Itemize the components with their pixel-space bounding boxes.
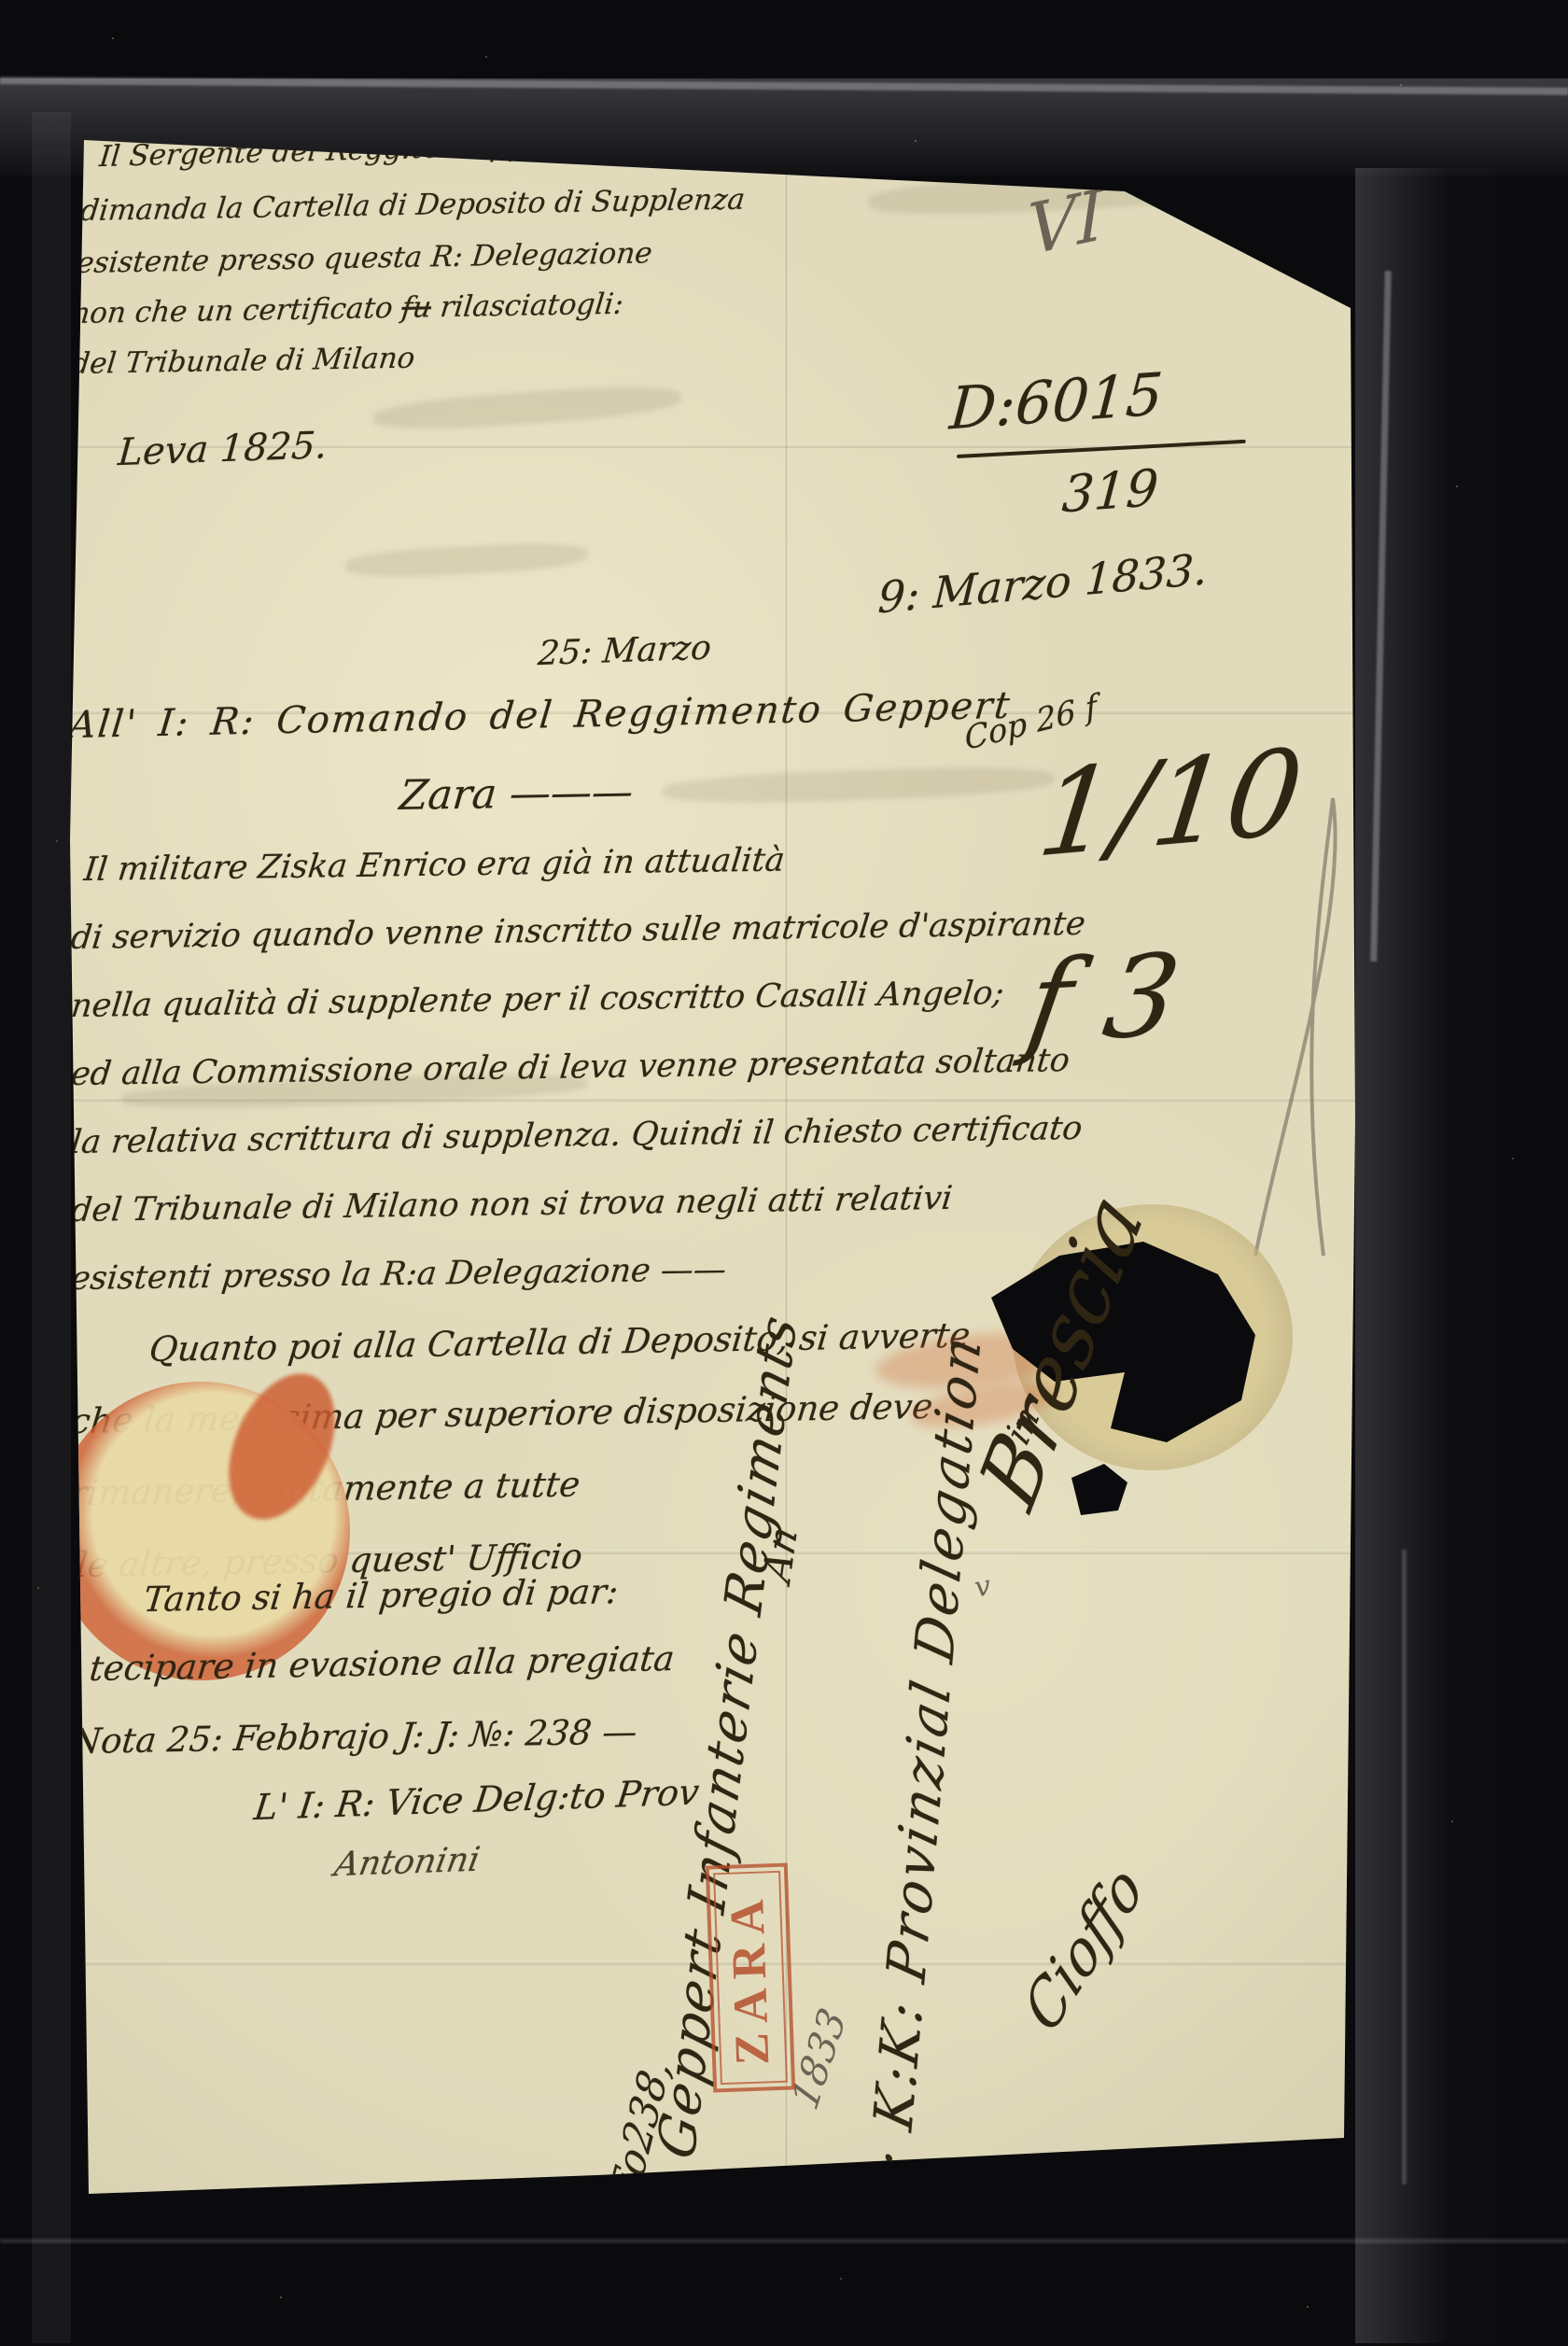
leva-note: Leva 1825. [117,427,329,471]
docket-line: non che un certificato fu rilasciatogli: [70,290,625,329]
body-line: Quanto poi alla Cartella di Deposito, si… [147,1318,972,1367]
verso-year-pencil: 1833 [786,2002,852,2114]
body-line: Il militare Ziska Enrico era già in attu… [82,845,786,888]
address-line: All' I: R: Comando del Reggimento Gepper… [67,687,1013,744]
docket-line: esistente presso questa R: Delegazione [76,239,654,278]
sleeve-edge-bottom [0,2239,1568,2243]
zara-postmark: ZARA [706,1863,795,2093]
body-line: Tanto si ha il pregio di par: [142,1574,620,1617]
ink-showthrough [344,540,588,581]
body-line: Nota 25: Febbrajo J: J: №: 238 — [69,1714,638,1759]
plastic-sleeve-left [32,112,71,2343]
body-line: del Tribunale di Milano non si trova neg… [69,1183,954,1228]
docket-line: del Tribunale di Milano [70,344,416,379]
registry-denominator: 319 [1060,463,1160,521]
registry-date: 9: Marzo 1833. [877,547,1209,619]
body-line: tecipare in evasione alla pregiata [88,1641,676,1686]
signature-name: Antonini [332,1844,483,1883]
zara-postmark-text: ZARA [720,1889,781,2066]
pencil-folio-mark: VI [1027,180,1104,266]
registry-fraction-line [957,440,1246,458]
docket-line4-post: rilasciatogli: [429,288,625,325]
plastic-sleeve-right [1355,168,1495,2343]
body-line: di servizio quando venne inscritto sulle… [69,908,1086,955]
signature-title: L' I: R: Vice Delg:to Prov [252,1774,701,1825]
docket-line: dimanda la Cartella di Deposito di Suppl… [79,186,747,226]
registry-number: D:6015 [948,365,1165,438]
pencil-stroke-mark [1232,770,1372,1274]
struck-word: fu [400,290,433,325]
body-line: ed alla Commissione orale di leva venne … [69,1045,1071,1091]
ink-showthrough [372,382,682,435]
body-line: esistenti presso la R:a Delegazione —— [69,1254,728,1296]
address-place: Zara ——— [398,772,635,817]
body-line: la relativa scrittura di supplenza. Quin… [69,1113,1084,1159]
verso-scribble: Cioffo [1015,1855,1152,2043]
body-line: nella qualità di supplente per il coscri… [69,977,1005,1023]
letter-date: 25: Marzo [537,632,713,672]
docket-line4-pre: non che un certificato [70,291,404,330]
registry-prefix: D: [947,370,1018,443]
registry-number-value: 6015 [1014,359,1166,439]
dust-specks [0,0,2,2]
photo-of-letter: Il Sergente del Regg:to Geppert Zitka di… [0,0,1568,2346]
tear-hole-small [1062,1459,1132,1523]
zara-postmark-frame: ZARA [713,1871,788,2085]
verso-check-mark: v [973,1572,993,1602]
ink-showthrough [663,764,1056,808]
verso-an: An [758,1522,804,1586]
sleeve-reflection [1402,1550,1407,2184]
letter-sheet: Il Sergente del Regg:to Geppert Zitka di… [65,126,1363,2203]
